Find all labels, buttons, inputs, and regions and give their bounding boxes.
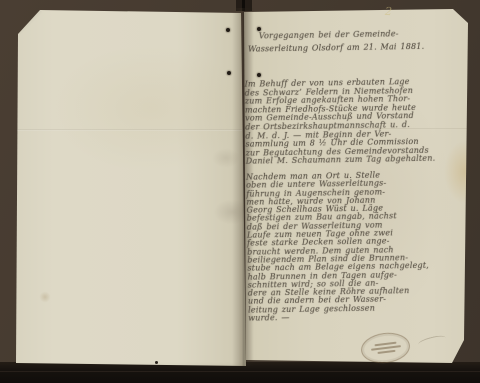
- handwriting-block: Vorgegangen bei der Gemeinde-Wasserleitu…: [244, 26, 459, 323]
- ink-speck: [155, 361, 158, 364]
- table-edge-line: [0, 371, 480, 372]
- manuscript-heading: Vorgegangen bei der Gemeinde-Wasserleitu…: [244, 26, 454, 55]
- stamp-text-line: [377, 350, 395, 354]
- manuscript-paragraph-1: Im Behuff der von uns erbauten Lagedes S…: [245, 77, 456, 166]
- left-page-blank: [0, 0, 246, 370]
- handwriting-line: Daniel M. Schaumann zum Tag abgehalten.: [246, 155, 456, 167]
- scanned-document-photo: 2 Vorgegangen bei der Gemeinde-Wasserlei…: [0, 0, 480, 383]
- binding-hole: [226, 28, 230, 32]
- handwriting-line: Wasserleitung Olsdorf am 21. Mai 1881.: [248, 39, 454, 55]
- manuscript-paragraph-2: Nachdem man an Ort u. Stelleoben die unt…: [246, 170, 458, 323]
- binding-hole: [227, 71, 231, 75]
- fold-crease: [2, 129, 242, 131]
- pencil-page-number: 2: [385, 5, 393, 18]
